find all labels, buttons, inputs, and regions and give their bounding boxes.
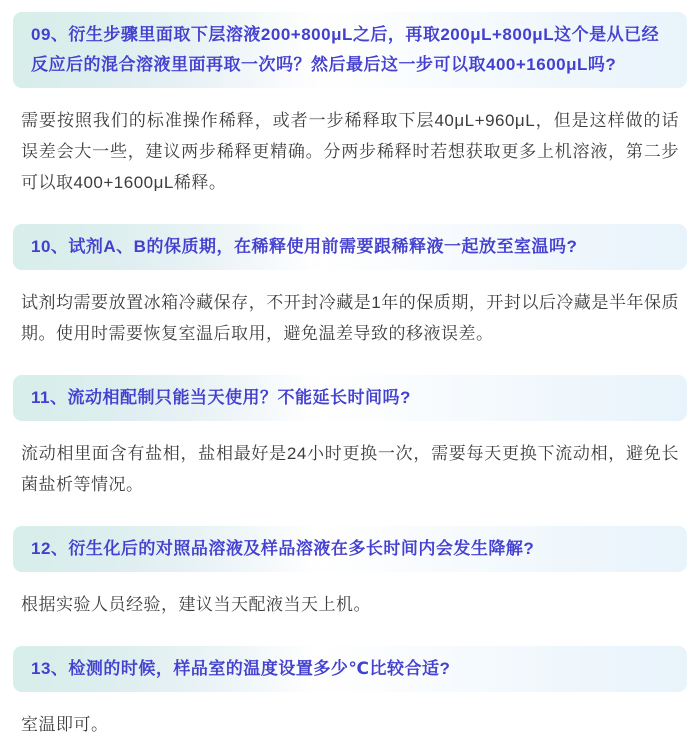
answer-text: 室温即可。 [21, 709, 679, 740]
question-box: 13、检测的时候，样品室的温度设置多少℃比较合适? [13, 646, 687, 692]
qa-item: 09、衍生步骤里面取下层溶液200+800μL之后，再取200μL+800μL这… [13, 12, 687, 198]
question-text: 11、流动相配制只能当天使用？不能延长时间吗? [31, 383, 669, 413]
question-text: 12、衍生化后的对照品溶液及样品溶液在多长时间内会发生降解? [31, 534, 669, 564]
question-box: 11、流动相配制只能当天使用？不能延长时间吗? [13, 375, 687, 421]
qa-item: 13、检测的时候，样品室的温度设置多少℃比较合适? 室温即可。 [13, 646, 687, 740]
qa-item: 10、试剂A、B的保质期，在稀释使用前需要跟稀释液一起放至室温吗? 试剂均需要放… [13, 224, 687, 349]
faq-page: { "colors": { "question_text": "#4340d0"… [0, 0, 700, 752]
qa-item: 12、衍生化后的对照品溶液及样品溶液在多长时间内会发生降解? 根据实验人员经验，… [13, 526, 687, 620]
faq-content: 09、衍生步骤里面取下层溶液200+800μL之后，再取200μL+800μL这… [0, 0, 700, 740]
question-box: 12、衍生化后的对照品溶液及样品溶液在多长时间内会发生降解? [13, 526, 687, 572]
answer-text: 试剂均需要放置冰箱冷藏保存，不开封冷藏是1年的保质期，开封以后冷藏是半年保质期。… [21, 287, 679, 349]
qa-item: 11、流动相配制只能当天使用？不能延长时间吗? 流动相里面含有盐相，盐相最好是2… [13, 375, 687, 500]
answer-text: 需要按照我们的标准操作稀释，或者一步稀释取下层40μL+960μL，但是这样做的… [21, 105, 679, 198]
question-box: 09、衍生步骤里面取下层溶液200+800μL之后，再取200μL+800μL这… [13, 12, 687, 88]
question-text: 09、衍生步骤里面取下层溶液200+800μL之后，再取200μL+800μL这… [31, 20, 669, 80]
question-text: 13、检测的时候，样品室的温度设置多少℃比较合适? [31, 654, 669, 684]
question-text: 10、试剂A、B的保质期，在稀释使用前需要跟稀释液一起放至室温吗? [31, 232, 669, 262]
answer-text: 根据实验人员经验，建议当天配液当天上机。 [21, 589, 679, 620]
question-box: 10、试剂A、B的保质期，在稀释使用前需要跟稀释液一起放至室温吗? [13, 224, 687, 270]
answer-text: 流动相里面含有盐相，盐相最好是24小时更换一次，需要每天更换下流动相，避免长菌盐… [21, 438, 679, 500]
